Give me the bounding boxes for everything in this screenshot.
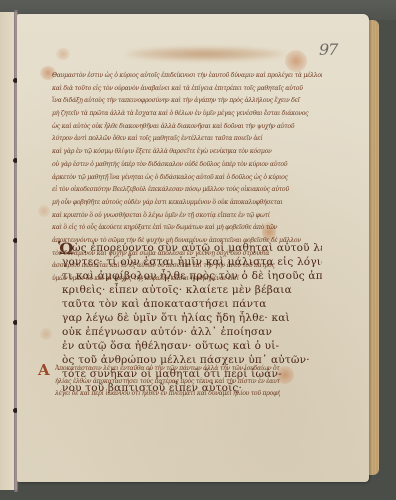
commentary-line: ἵνα διδάξῃ αὐτοὺς τὴν ταπεινοφροσύνην κα… (52, 96, 322, 106)
stain-spot (56, 48, 70, 60)
commentary-line: Ἀποκατάστασιν λέγει ἐνταῦθα οὐ τὴν τῶν π… (55, 364, 280, 374)
main-text-line: γαρ λέγω δὲ ὑμῖν ὅτι ἠλίας ἤδη ἦλθε· καὶ (62, 311, 322, 325)
commentary-line: καὶ γὰρ ἐν τῷ κόσμῳ θλίψιν ἕξετε ἀλλὰ θα… (52, 147, 322, 157)
initial-letter: Α (38, 361, 50, 379)
commentary-line: καὶ κρυπτὸν ὃ οὐ γνωσθήσεται ὃ λέγω ὑμῖν… (52, 211, 322, 221)
commentary-line: ἠλίας ἐλθὼν ἀποκαταστήσει τοὺς πατέρας π… (55, 377, 280, 387)
commentary-line: λύτρον ἀντὶ πολλῶν ὅθεν καὶ τοῖς μαθηταῖ… (52, 134, 322, 144)
commentary-line: μὴ ζητεῖν τὰ πρῶτα ἀλλὰ τὰ ἔσχατα καὶ ὁ … (52, 109, 322, 119)
commentary-bottom: Ἀποκατάστασιν λέγει ἐνταῦθα οὐ τὴν τῶν π… (55, 364, 280, 402)
stain-spot (285, 50, 307, 72)
commentary-line: λέγει δὲ καὶ περὶ ἰωάννου ὅτι ἦλθεν ἐν π… (55, 389, 280, 399)
folio-number: 97 (319, 40, 337, 59)
stain-spot (38, 205, 50, 217)
commentary-line: μὴ οὖν φοβηθῆτε αὐτούς οὐδὲν γάρ ἐστι κε… (52, 198, 322, 208)
main-text-line: γοντες· τί οὖν ἐσται ἡμῖν καὶ μάλιστα εἰ… (62, 255, 322, 269)
main-text-line: οὐκ ἐπέγνωσαν αὐτόν· ἀλλ᾽ ἐποίησαν (62, 325, 322, 339)
main-text-line: ὡς ἐπορεύοντο σὺν αὐτῷ οἱ μαθηταὶ αὐτοῦ … (72, 241, 322, 255)
commentary-line: ἀρκετὸν τῷ μαθητῇ ἵνα γένηται ὡς ὁ διδάσ… (52, 173, 322, 183)
main-text-line: ἐν αὐτῷ ὅσα ἠθέλησαν· οὕτως καὶ ὁ υἱ- (62, 339, 322, 353)
stain-spot (40, 328, 52, 340)
commentary-line: καὶ ὃ εἰς τὸ οὖς ἀκούετε κηρύξατε ἐπὶ τῶ… (52, 223, 322, 233)
main-text-line: τι καὶ ἀμφίβολον ἦλθε πρὸς τὸν ὁ δὲ ἰησο… (62, 269, 322, 283)
water-stain (125, 47, 285, 61)
main-text-line: κριθεὶς· εἶπεν αὐτοῖς· κλαίετε μὲν βέβαι… (62, 283, 322, 297)
commentary-line: ὡς καὶ αὐτὸς οὐκ ἦλθε διακονηθῆναι ἀλλὰ … (52, 122, 322, 132)
commentary-line: καὶ διὰ τοῦτο εἰς τὸν οὐρανὸν ἀναβαίνει … (52, 84, 322, 94)
commentary-line: οὐ γὰρ ἐστιν ὁ μαθητὴς ὑπὲρ τὸν διδάσκαλ… (52, 160, 322, 170)
commentary-line: εἰ τὸν οἰκοδεσπότην Βεελζεβοὺλ ἐπεκάλεσα… (52, 185, 322, 195)
main-text-line: ταῦτα τὸν καὶ ἀποκαταστήσει πάντα (62, 297, 322, 311)
commentary-line: Θαυμαστὸν ἐστιν ὡς ὁ κύριος αὐτοῖς ἐπιδε… (52, 71, 322, 81)
